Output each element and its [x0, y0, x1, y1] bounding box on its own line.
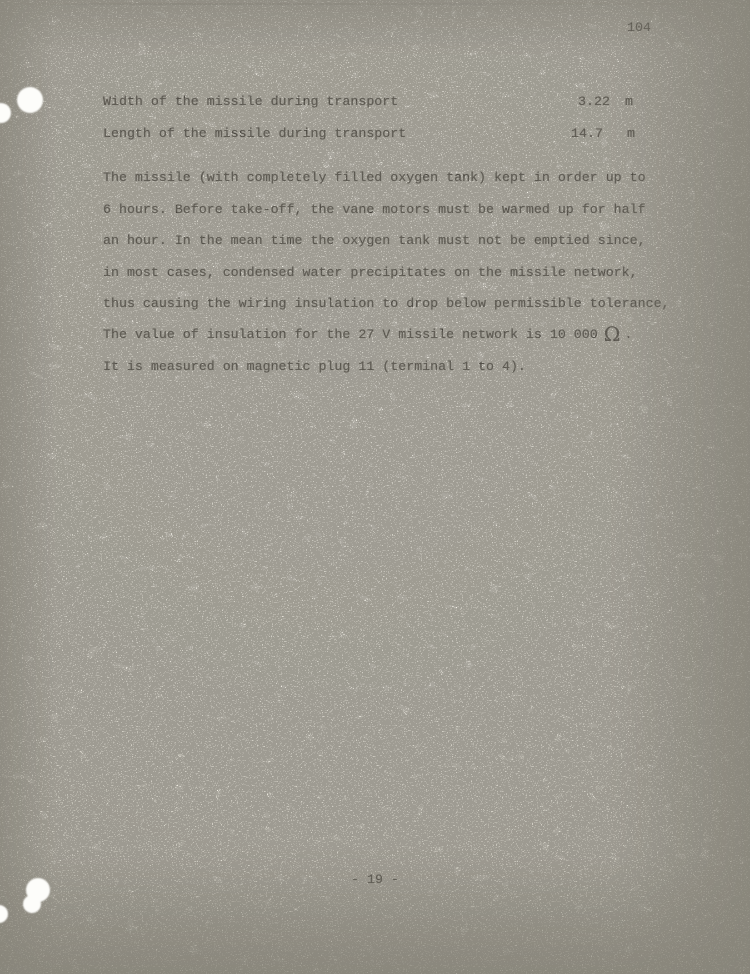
page-number-top: 104: [627, 20, 651, 36]
measurement-unit-length: m: [627, 118, 635, 150]
insulation-line-text: The value of insulation for the 27 V mis…: [103, 327, 598, 342]
binder-hole-punches: [0, 87, 50, 923]
measurement-label-length: Length of the missile during transport: [103, 118, 406, 150]
page-number-bottom: - 19 -: [351, 872, 399, 888]
scan-crease-line: [0, 3, 750, 5]
measurement-label-width: Width of the missile during transport: [103, 86, 398, 118]
measurement-unit-width: m: [625, 86, 633, 118]
hole-punch-bottom-2: [23, 895, 41, 913]
measurement-value-width: 3.22: [578, 86, 610, 118]
insulation-value-line: The value of insulation for the 27 V mis…: [103, 319, 632, 351]
sentence-period: .: [624, 327, 632, 342]
measurement-note-line: It is measured on magnetic plug 11 (term…: [103, 351, 526, 383]
hole-punch-bottom-edge: [0, 905, 8, 923]
measurement-value-length: 14.7: [571, 118, 603, 150]
body-paragraph: The missile (with completely filled oxyg…: [103, 162, 670, 320]
hole-punch-bottom: [26, 878, 50, 902]
hole-punch-top-edge: [0, 103, 11, 123]
hole-punch-top: [17, 87, 43, 113]
scanned-document-page: 104 Width of the missile during transpor…: [0, 0, 750, 974]
ohm-symbol: Ω: [604, 324, 621, 344]
